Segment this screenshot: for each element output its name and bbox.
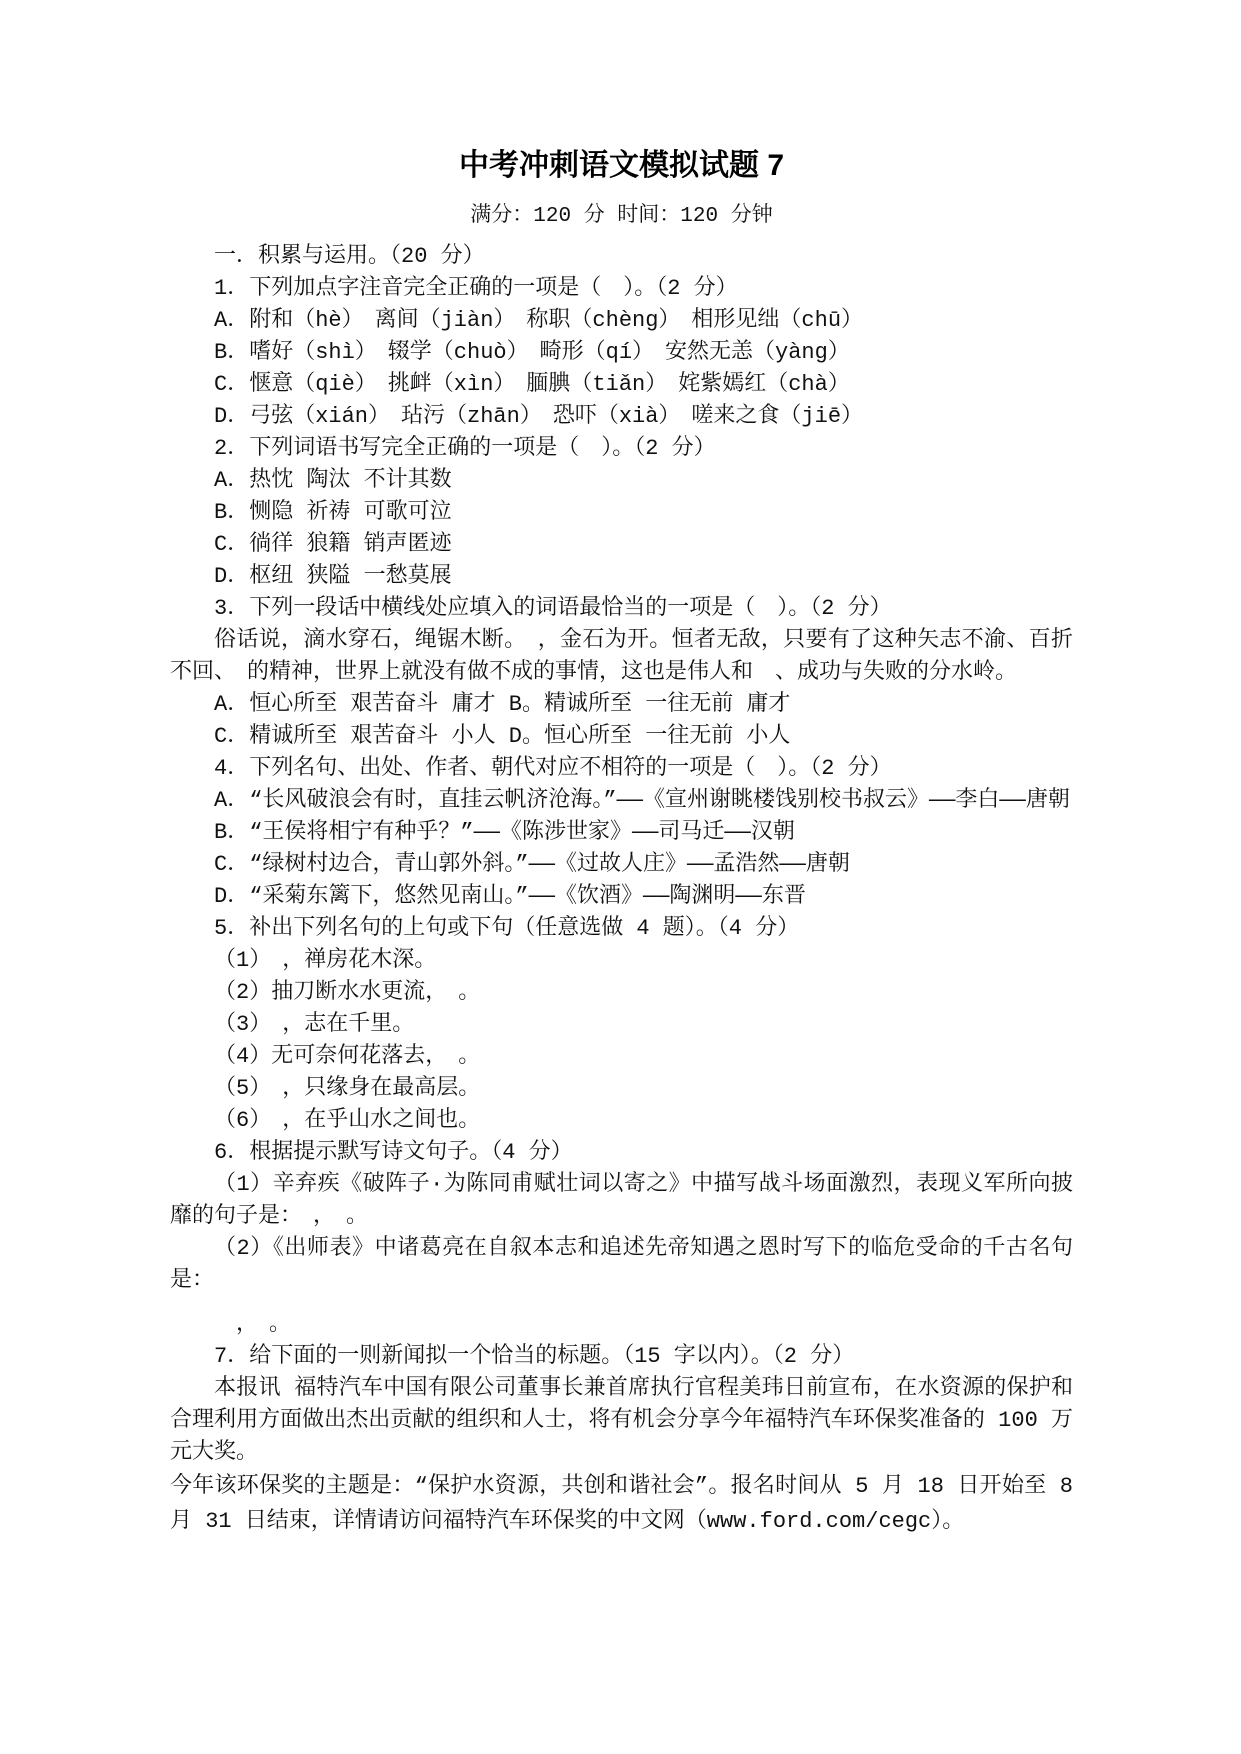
document-paragraph: D．弓弦（xián） 玷污（zhān） 恐吓（xià） 嗟来之食（jiē） [170,401,1073,433]
document-paragraph: 俗话说，滴水穿石，绳锯木断。 ，金石为开。恒者无敌，只要有了这种矢志不渝、百折不… [170,625,1073,689]
document-paragraph: （1） ，禅房花木深。 [170,945,1073,977]
document-paragraph: ， 。 [170,1309,1073,1341]
document-paragraph: （3） ，志在千里。 [170,1009,1073,1041]
document-paragraph: 5．补出下列名句的上句或下句（任意选做 4 题）。（4 分） [170,913,1073,945]
document-paragraph: 2．下列词语书写完全正确的一项是（ ）。（2 分） [170,433,1073,465]
document-paragraph: 一．积累与运用。（20 分） [170,241,1073,273]
document-paragraph: （4）无可奈何花落去， 。 [170,1041,1073,1073]
document-paragraph: （1）辛弃疾《破阵子·为陈同甫赋壮词以寄之》中描写战斗场面激烈，表现义军所向披靡… [170,1169,1073,1233]
document-paragraph: 3．下列一段话中横线处应填入的词语最恰当的一项是（ ）。（2 分） [170,593,1073,625]
document-paragraph: D．枢纽 狭隘 一愁莫展 [170,561,1073,593]
document-paragraph: C．惬意（qiè） 挑衅（xìn） 腼腆（tiǎn） 姹紫嫣红（chà） [170,369,1073,401]
document-paragraph: C．精诚所至 艰苦奋斗 小人 D。恒心所至 一往无前 小人 [170,721,1073,753]
document-paragraph: （6） ，在乎山水之间也。 [170,1105,1073,1137]
exam-meta-line: 满分：120 分 时间：120 分钟 [170,203,1073,231]
document-paragraph: 1．下列加点字注音完全正确的一项是（ ）。（2 分） [170,273,1073,305]
document-paragraph: （2）《出师表》中诸葛亮在自叙本志和追述先帝知遇之恩时写下的临危受命的千古名句是… [170,1233,1073,1297]
exam-paper-page: 中考冲刺语文模拟试题 7 满分：120 分 时间：120 分钟 一．积累与运用。… [0,0,1241,1754]
document-paragraph: （2）抽刀断水水更流， 。 [170,977,1073,1009]
document-paragraph: C．“绿树村边合，青山郭外斜。”——《过故人庄》——孟浩然——唐朝 [170,849,1073,881]
document-paragraph: A．“长风破浪会有时，直挂云帆济沧海。”——《宣州谢眺楼饯别校书叔云》——李白—… [170,785,1073,817]
document-paragraph: A．恒心所至 艰苦奋斗 庸才 B。精诚所至 一往无前 庸才 [170,689,1073,721]
document-paragraph: 7．给下面的一则新闻拟一个恰当的标题。（15 字以内）。（2 分） [170,1341,1073,1373]
document-paragraph: B．恻隐 祈祷 可歌可泣 [170,497,1073,529]
document-body: 一．积累与运用。（20 分）1．下列加点字注音完全正确的一项是（ ）。（2 分）… [170,241,1073,1539]
document-paragraph: A．热忱 陶汰 不计其数 [170,465,1073,497]
document-paragraph: D．“采菊东篱下，悠然见南山。”——《饮酒》——陶渊明——东晋 [170,881,1073,913]
document-paragraph: 本报讯 福特汽车中国有限公司董事长兼首席执行官程美玮日前宣布，在水资源的保护和合… [170,1373,1073,1469]
document-paragraph: A．附和（hè） 离间（jiàn） 称职（chèng） 相形见绌（chū） [170,305,1073,337]
page-title: 中考冲刺语文模拟试题 7 [170,145,1073,187]
document-paragraph: 6．根据提示默写诗文句子。（4 分） [170,1137,1073,1169]
document-paragraph: 今年该环保奖的主题是：“保护水资源，共创和谐社会”。报名时间从 5 月 18 日… [170,1469,1073,1539]
document-paragraph: （5） ，只缘身在最高层。 [170,1073,1073,1105]
document-paragraph: B．“王侯将相宁有种乎？”——《陈涉世家》——司马迁——汉朝 [170,817,1073,849]
document-paragraph: 4．下列名句、出处、作者、朝代对应不相符的一项是（ ）。（2 分） [170,753,1073,785]
document-paragraph: C．徜徉 狼籍 销声匿迹 [170,529,1073,561]
document-paragraph: B．嗜好（shì） 辍学（chuò） 畸形（qí） 安然无恙（yàng） [170,337,1073,369]
